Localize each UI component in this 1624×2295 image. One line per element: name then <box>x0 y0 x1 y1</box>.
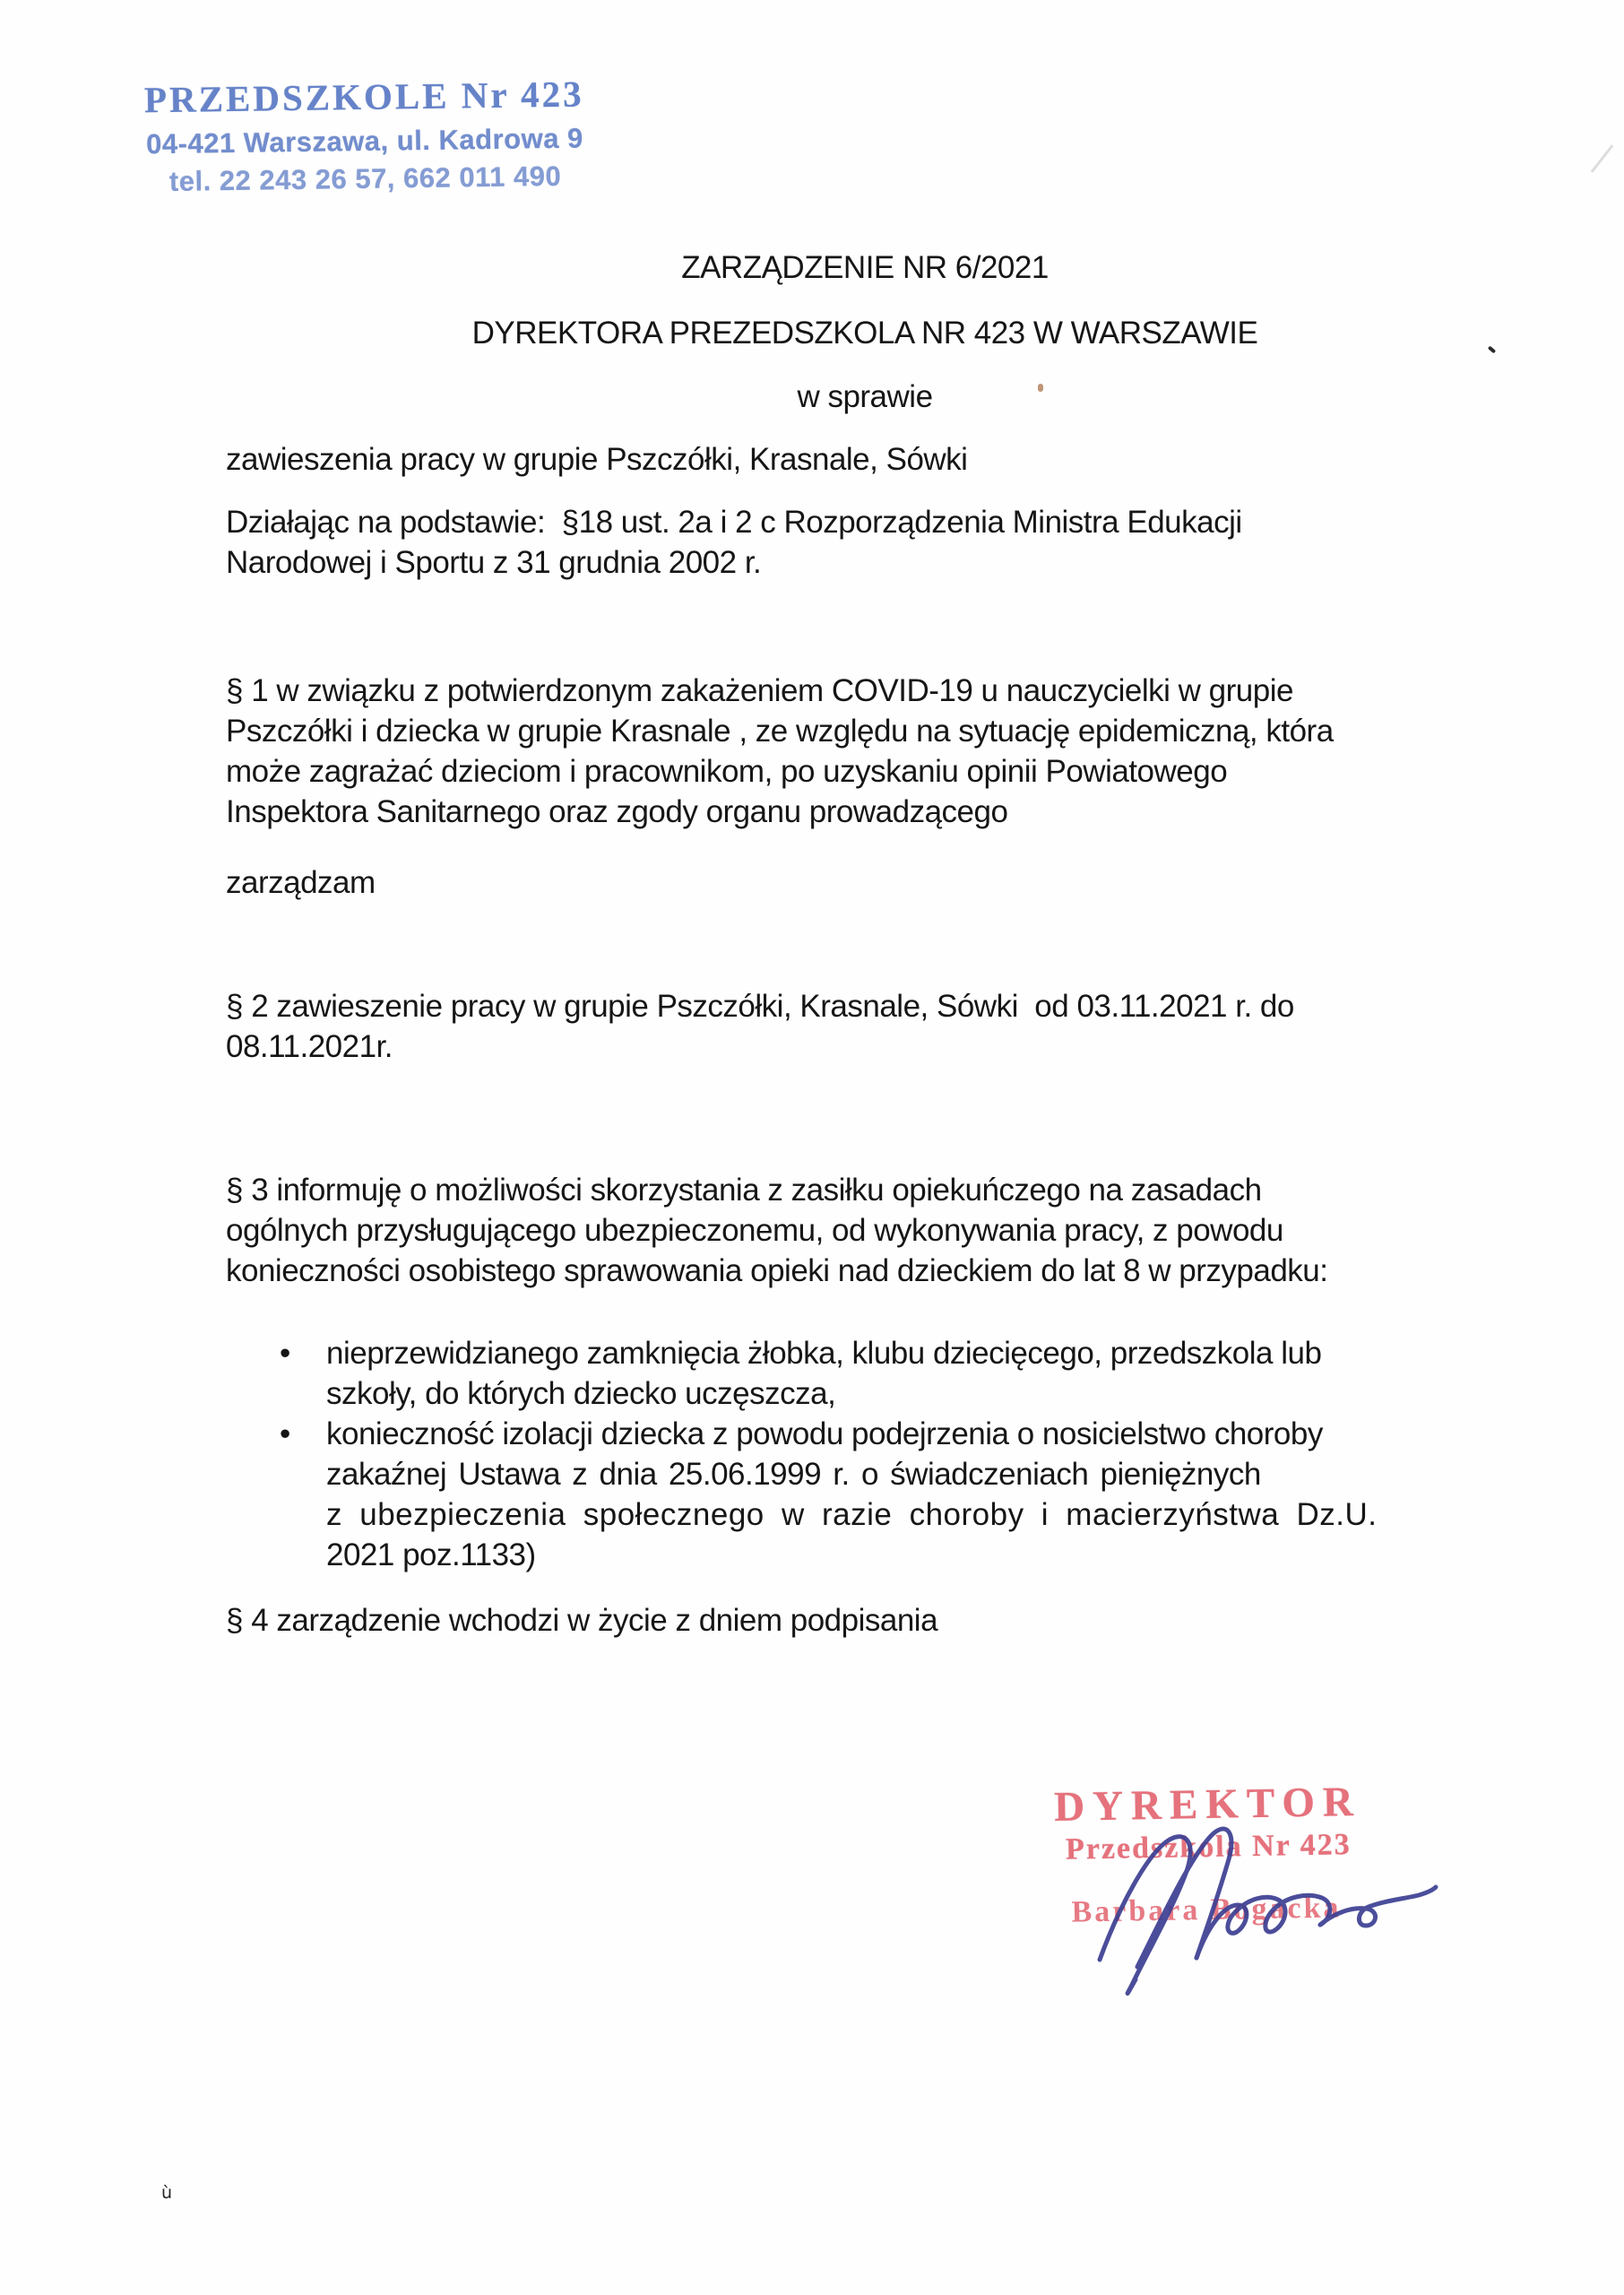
bullet-item-1: • nieprzewidzianego zamknięcia żłobka, k… <box>280 1333 1321 1414</box>
bullet-icon: • <box>280 1414 326 1575</box>
paragraph-3-line-2: ogólnych przysługującego ubezpieczonemu,… <box>226 1210 1283 1251</box>
office-stamp-phone: tel. 22 243 26 57, 662 011 490 <box>100 160 629 199</box>
paragraph-3-line-3: konieczności osobistego sprawowania opie… <box>226 1251 1327 1291</box>
scan-edge-artifact <box>1591 144 1614 173</box>
bullet-2-line-2: zakaźnej Ustawa z dnia 25.06.1999 r. o ś… <box>326 1454 1377 1494</box>
title-regarding: w sprawie <box>215 377 1515 417</box>
legal-basis-line-1: Działając na podstawie: §18 ust. 2a i 2 … <box>226 502 1242 542</box>
paragraph-2-line-1: § 2 zawieszenie pracy w grupie Pszczółki… <box>226 986 1294 1026</box>
office-stamp-address: 04-421 Warszawa, ul. Kadrowa 9 <box>100 122 629 161</box>
paragraph-3-line-1: § 3 informuję o możliwości skorzystania … <box>226 1170 1262 1210</box>
bullet-2-line-3: z ubezpieczenia społecznego w razie chor… <box>326 1494 1377 1535</box>
bullet-1-line-2: szkoły, do których dziecko uczęszcza, <box>326 1373 1321 1414</box>
subject-line: zawieszenia pracy w grupie Pszczółki, Kr… <box>226 439 967 480</box>
paragraph-1-line-2: Pszczółki i dziecka w grupie Krasnale , … <box>226 711 1334 751</box>
bullet-icon: • <box>280 1333 326 1414</box>
paragraph-2-line-2: 08.11.2021r. <box>226 1026 393 1067</box>
scanned-document-page: PRZEDSZKOLE Nr 423 04-421 Warszawa, ul. … <box>0 0 1624 2295</box>
ordain-word: zarządzam <box>226 862 376 903</box>
ink-speck: ù <box>161 2183 172 2203</box>
office-stamp: PRZEDSZKOLE Nr 423 04-421 Warszawa, ul. … <box>99 72 630 199</box>
paragraph-1-line-4: Inspektora Sanitarnego oraz zgody organu… <box>226 792 1007 832</box>
office-stamp-name: PRZEDSZKOLE Nr 423 <box>99 72 629 122</box>
bullet-1-line-1: nieprzewidzianego zamknięcia żłobka, klu… <box>326 1333 1321 1373</box>
paragraph-1-line-3: może zagrażać dzieciom i pracownikom, po… <box>226 751 1227 792</box>
ink-speck <box>1038 384 1043 392</box>
bullet-2-line-1: konieczność izolacji dziecka z powodu po… <box>326 1414 1377 1454</box>
handwritten-signature <box>1080 1809 1438 2002</box>
bullet-2-line-4: 2021 poz.1133) <box>326 1535 1377 1575</box>
legal-basis-line-2: Narodowej i Sportu z 31 grudnia 2002 r. <box>226 542 761 583</box>
paragraph-1-line-1: § 1 w związku z potwierdzonym zakażeniem… <box>226 671 1293 711</box>
document-subtitle: DYREKTORA PREZEDSZKOLA NR 423 W WARSZAWI… <box>215 313 1515 353</box>
paragraph-4: § 4 zarządzenie wchodzi w życie z dniem … <box>226 1600 937 1641</box>
bullet-item-2: • konieczność izolacji dziecka z powodu … <box>280 1414 1377 1575</box>
document-title: ZARZĄDZENIE NR 6/2021 <box>215 247 1515 288</box>
